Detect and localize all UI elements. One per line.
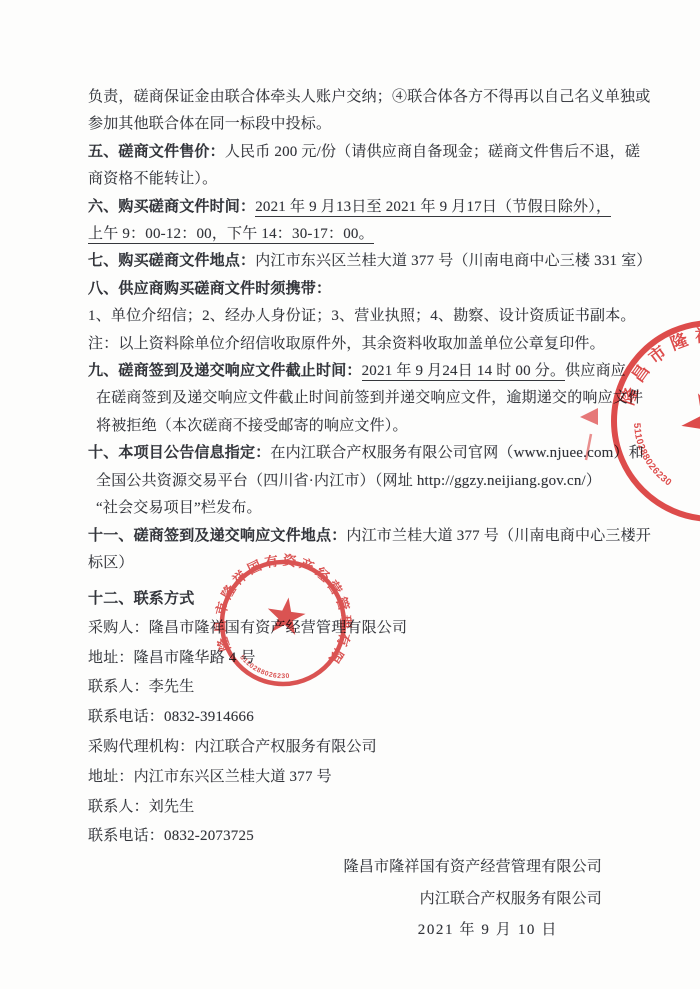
doc-text-segment: 2021 年 9 月24日 14 时 00 分。 — [362, 363, 566, 381]
doc-text-segment: 将被拒绝（本次磋商不接受邮寄的响应文件）。 — [96, 418, 408, 434]
doc-line: 九、磋商签到及递交响应文件截止时间：2021 年 9 月24日 14 时 00 … — [88, 358, 654, 385]
doc-text-segment: 内江市东兴区兰桂大道 377 号（川南电商中心三楼 331 室） — [255, 253, 651, 269]
doc-text-segment: 人民币 200 元/份（请供应商自备现金；磋商文件售后不退，磋 — [225, 144, 640, 160]
doc-text-segment: 联系电话：0832-2073725 — [88, 828, 254, 844]
doc-text-segment: 内江联合产权服务有限公司 — [420, 891, 602, 907]
doc-line: 地址：隆昌市隆华路 4 号 — [88, 644, 654, 674]
doc-line: 参加其他联合体在同一标段中投标。 — [88, 111, 654, 138]
doc-text-segment: 上午 9：00-12：00，下午 14：30-17：00。 — [88, 226, 374, 244]
doc-text-segment: 十、本项目公告信息指定： — [88, 445, 270, 461]
doc-line: 内江联合产权服务有限公司 — [88, 884, 654, 916]
document-body: 负责，磋商保证金由联合体牵头人账户交纳；④联合体各方不得再以自己名义单独或参加其… — [88, 84, 654, 947]
doc-text-segment: 在磋商签到及递交响应文件截止时间前签到并递交响应文件，逾期递交的响应文件 — [96, 390, 643, 406]
doc-text-segment: 七、购买磋商文件地点： — [88, 253, 255, 269]
doc-text-segment: 十二、联系方式 — [88, 591, 194, 607]
doc-text-segment: 2021 年 9 月 10 日 — [418, 922, 558, 938]
doc-line: 地址：内江市东兴区兰桂大道 377 号 — [88, 763, 654, 793]
doc-line: 六、购买磋商文件时间：2021 年 9 月13日至 2021 年 9 月17日（… — [88, 194, 654, 221]
seal-star-icon — [673, 378, 700, 459]
doc-line: 注：以上资料除单位介绍信收取原件外，其余资料收取加盖单位公章复印件。 — [88, 331, 654, 358]
doc-line: 七、购买磋商文件地点：内江市东兴区兰桂大道 377 号（川南电商中心三楼 331… — [88, 248, 654, 275]
doc-line: 联系人：刘先生 — [88, 793, 654, 823]
doc-line: 联系人：李先生 — [88, 673, 654, 703]
doc-text-segment: 负责，磋商保证金由联合体牵头人账户交纳；④联合体各方不得再以自己名义单独或 — [88, 89, 650, 105]
doc-text-segment: 联系电话：0832-3914666 — [88, 709, 254, 725]
doc-line: 全国公共资源交易平台（四川省·内江市）（网址 http://ggzy.neiji… — [88, 468, 654, 495]
doc-line: 联系电话：0832-3914666 — [88, 703, 654, 733]
doc-text-segment: 八、供应商购买磋商文件时须携带： — [88, 281, 331, 297]
doc-text-segment: 五、磋商文件售价： — [88, 144, 225, 160]
stamp-smudge-mark — [576, 398, 606, 468]
doc-line: 商资格不能转让）。 — [88, 166, 654, 193]
doc-line: 隆昌市隆祥国有资产经营管理有限公司 — [88, 852, 654, 884]
doc-line: 在磋商签到及递交响应文件截止时间前签到并递交响应文件，逾期递交的响应文件 — [88, 385, 654, 412]
doc-line: 将被拒绝（本次磋商不接受邮寄的响应文件）。 — [88, 413, 654, 440]
doc-line: 2021 年 9 月 10 日 — [88, 915, 654, 947]
doc-line: 十一、磋商签到及递交响应文件地点：内江市兰桂大道 377 号（川南电商中心三楼开 — [88, 523, 654, 550]
doc-text-segment: 1、单位介绍信；2、经办人身份证；3、营业执照；4、勘察、设计资质证书副本。 — [88, 308, 636, 324]
doc-text-segment: 采购代理机构：内江联合产权服务有限公司 — [88, 739, 377, 755]
doc-text-segment: “社会交易项目”栏发布。 — [96, 500, 262, 516]
doc-line: 联系电话：0832-2073725 — [88, 822, 654, 852]
official-seal-edge: 隆昌市隆祥国有资产经营管理有限公司 5110288026230 — [597, 306, 700, 536]
doc-text-segment: 隆昌市隆祥国有资产经营管理有限公司 — [344, 859, 602, 875]
document-page: 负责，磋商保证金由联合体牵头人账户交纳；④联合体各方不得再以自己名义单独或参加其… — [0, 0, 700, 989]
doc-line: 五、磋商文件售价：人民币 200 元/份（请供应商自备现金；磋商文件售后不退，磋 — [88, 139, 654, 166]
doc-text-segment: 2021 年 9 月13日至 2021 年 9 月17日（节假日除外）， — [255, 199, 611, 217]
seal-code-arc: 5110288026230 — [615, 417, 687, 489]
doc-line: “社会交易项目”栏发布。 — [88, 495, 654, 522]
doc-line: 标区） — [88, 550, 654, 577]
doc-line: 采购人：隆昌市隆祥国有资产经营管理有限公司 — [88, 614, 654, 644]
doc-line: 八、供应商购买磋商文件时须携带： — [88, 276, 654, 303]
seal-star-icon — [265, 595, 308, 636]
doc-text-segment: 联系人：刘先生 — [88, 799, 194, 815]
doc-text-segment: 参加其他联合体在同一标段中投标。 — [88, 116, 331, 132]
doc-line: 上午 9：00-12：00，下午 14：30-17：00。 — [88, 221, 654, 248]
doc-text-segment: 全国公共资源交易平台（四川省·内江市）（网址 http://ggzy.neiji… — [96, 473, 601, 489]
doc-text-segment: 地址：内江市东兴区兰桂大道 377 号 — [88, 769, 332, 785]
doc-text-segment: 九、磋商签到及递交响应文件截止时间： — [88, 363, 362, 379]
doc-line: 负责，磋商保证金由联合体牵头人账户交纳；④联合体各方不得再以自己名义单独或 — [88, 84, 654, 111]
doc-text-segment: 六、购买磋商文件时间： — [88, 199, 255, 215]
doc-line: 十二、联系方式 — [88, 586, 654, 613]
doc-text-segment: 注：以上资料除单位介绍信收取原件外，其余资料收取加盖单位公章复印件。 — [88, 336, 605, 352]
official-seal-center: 隆昌市隆祥国有资产经营管理有限公司 5110288026230 — [198, 538, 368, 708]
doc-line: 十、本项目公告信息指定：在内江联合产权服务有限公司官网（www.njuee.co… — [88, 440, 654, 467]
doc-text-segment: 标区） — [88, 555, 134, 571]
doc-line: 采购代理机构：内江联合产权服务有限公司 — [88, 733, 654, 763]
doc-text-segment: 联系人：李先生 — [88, 679, 194, 695]
doc-text-segment: 商资格不能转让）。 — [88, 171, 217, 187]
doc-line: 1、单位介绍信；2、经办人身份证；3、营业执照；4、勘察、设计资质证书副本。 — [88, 303, 654, 330]
